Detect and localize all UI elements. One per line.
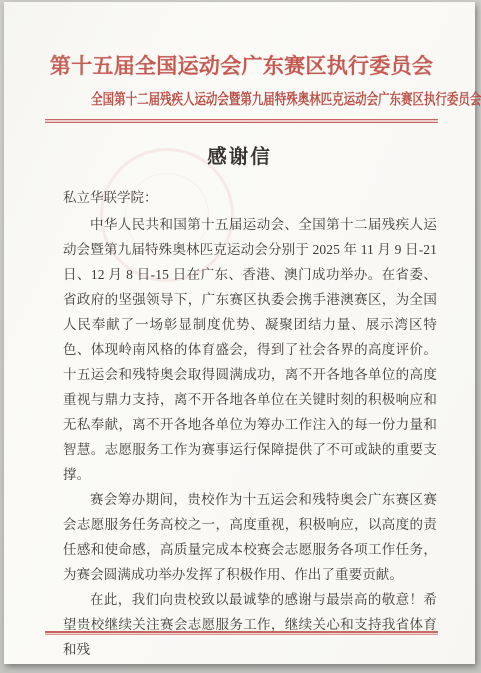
letterhead-line-2: 全国第十二届残疾人运动会暨第九届特殊奥林匹克运动会广东赛区执行委员会 <box>91 89 392 111</box>
letterhead: 第十五届全国运动会广东赛区执行委员会 全国第十二届残疾人运动会暨第九届特殊奥林匹… <box>45 2 438 111</box>
letter-body: 中华人民共和国第十五届运动会、全国第十二届残疾人运动会暨第九届特殊奥林匹克运动会… <box>63 212 437 662</box>
letterhead-line-1: 第十五届全国运动会广东赛区执行委员会 <box>45 49 438 83</box>
body-paragraph: 赛会筹办期间，贵校作为十五运会和残特奥会广东赛区赛会志愿服务任务高校之一，高度重… <box>63 487 437 587</box>
letter-title: 感谢信 <box>4 145 475 171</box>
body-paragraph: 在此，我们向贵校致以最诚挚的感谢与最崇高的敬意！希望贵校继续关注赛会志愿服务工作… <box>63 587 437 662</box>
letterhead-divider-rule <box>45 119 438 123</box>
letter-page: 第十五届全国运动会广东赛区执行委员会 全国第十二届残疾人运动会暨第九届特殊奥林匹… <box>4 2 475 664</box>
scanned-letter-canvas: 第十五届全国运动会广东赛区执行委员会 全国第十二届残疾人运动会暨第九届特殊奥林匹… <box>0 0 481 673</box>
salutation: 私立华联学院： <box>63 185 437 210</box>
body-paragraph: 中华人民共和国第十五届运动会、全国第十二届残疾人运动会暨第九届特殊奥林匹克运动会… <box>63 212 437 487</box>
